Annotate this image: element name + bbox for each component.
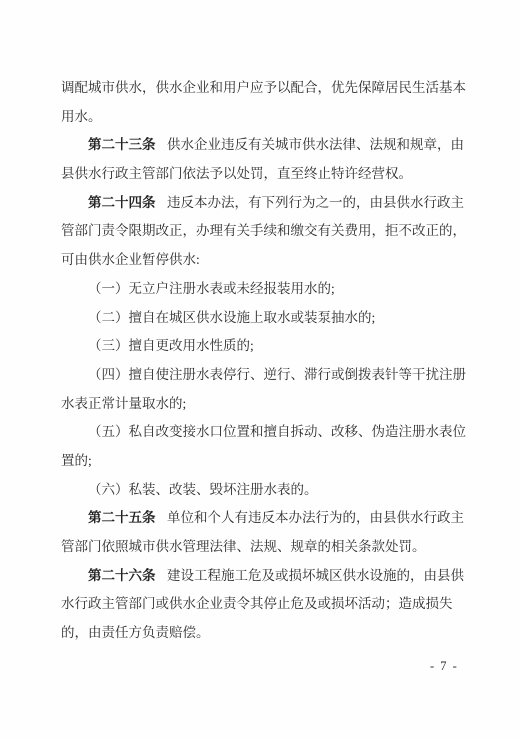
line-text: 建设工程施工危及或损坏城区供水设施的，由县供 [167, 568, 464, 583]
text-line-article-24: 第二十四条违反本办法，有下列行为之一的，由县供水行政主 [61, 189, 467, 218]
line-text: （四）擅自使注册水表停行、逆行、滞行或倒拨表针等干扰注册 [88, 367, 466, 382]
line-text: （二）擅自在城区供水设施上取水或装泵抽水的; [88, 310, 375, 325]
text-line: 调配城市供水，供水企业和用户应予以配合，优先保障居民生活基本 [61, 74, 467, 103]
line-text: 的，由责任方负责赔偿。 [61, 625, 210, 640]
line-text: 用水。 [61, 109, 102, 124]
text-line: 可由供水企业暂停供水: [61, 246, 467, 275]
text-line: 的，由责任方负责赔偿。 [61, 619, 467, 648]
line-text: （三）擅自更改用水性质的; [88, 338, 254, 353]
article-number: 第二十六条 [88, 568, 156, 583]
line-text: 单位和个人有违反本办法行为的，由县供水行政主 [167, 510, 464, 525]
line-text: 水行政主管部门或供水企业责令其停止危及或损坏活动；造成损失 [61, 596, 453, 611]
line-text: 置的; [61, 453, 92, 468]
document-body: 调配城市供水，供水企业和用户应予以配合，优先保障居民生活基本 用水。 第二十三条… [61, 74, 467, 648]
text-line: 管部门责令限期改正，办理有关手续和缴交有关费用，拒不改正的， [61, 217, 467, 246]
text-line-item-4: （四）擅自使注册水表停行、逆行、滞行或倒拨表针等干扰注册 [61, 361, 467, 390]
text-line-article-25: 第二十五条单位和个人有违反本办法行为的，由县供水行政主 [61, 504, 467, 533]
document-page: 调配城市供水，供水企业和用户应予以配合，优先保障居民生活基本 用水。 第二十三条… [0, 0, 521, 739]
line-text: （一）无立户注册水表或未经报装用水的; [88, 281, 335, 296]
article-number: 第二十四条 [88, 195, 156, 210]
text-line-article-23: 第二十三条供水企业违反有关城市供水法律、法规和规章，由 [61, 131, 467, 160]
line-text: （五）私自改变接水口位置和擅自拆动、改移、伪造注册水表位 [88, 424, 466, 439]
line-text: 可由供水企业暂停供水: [61, 252, 200, 267]
line-text: （六）私装、改装、毁坏注册水表的。 [88, 482, 318, 497]
line-text: 调配城市供水，供水企业和用户应予以配合，优先保障居民生活基本 [61, 80, 466, 95]
line-text: 县供水行政主管部门依法予以处罚，直至终止特许经营权。 [61, 166, 412, 181]
line-text: 供水企业违反有关城市供水法律、法规和规章，由 [167, 137, 464, 152]
line-text: 水表正常计量取水的; [61, 396, 186, 411]
text-line-item-2: （二）擅自在城区供水设施上取水或装泵抽水的; [61, 304, 467, 333]
text-line-item-6: （六）私装、改装、毁坏注册水表的。 [61, 476, 467, 505]
article-number: 第二十五条 [88, 510, 156, 525]
line-text: 管部门责令限期改正，办理有关手续和缴交有关费用，拒不改正的， [61, 223, 466, 238]
text-line: 水表正常计量取水的; [61, 390, 467, 419]
line-text: 管部门依照城市供水管理法律、法规、规章的相关条款处罚。 [61, 539, 426, 554]
text-line-item-3: （三）擅自更改用水性质的; [61, 332, 467, 361]
text-line: 管部门依照城市供水管理法律、法规、规章的相关条款处罚。 [61, 533, 467, 562]
text-line-article-26: 第二十六条建设工程施工危及或损坏城区供水设施的，由县供 [61, 562, 467, 591]
line-text: 违反本办法，有下列行为之一的，由县供水行政主 [167, 195, 464, 210]
article-number: 第二十三条 [88, 137, 156, 152]
text-line-item-5: （五）私自改变接水口位置和擅自拆动、改移、伪造注册水表位 [61, 418, 467, 447]
text-line-item-1: （一）无立户注册水表或未经报装用水的; [61, 275, 467, 304]
text-line: 置的; [61, 447, 467, 476]
text-line: 县供水行政主管部门依法予以处罚，直至终止特许经营权。 [61, 160, 467, 189]
text-line: 水行政主管部门或供水企业责令其停止危及或损坏活动；造成损失 [61, 590, 467, 619]
text-line: 用水。 [61, 103, 467, 132]
page-number: - 7 - [430, 659, 458, 674]
